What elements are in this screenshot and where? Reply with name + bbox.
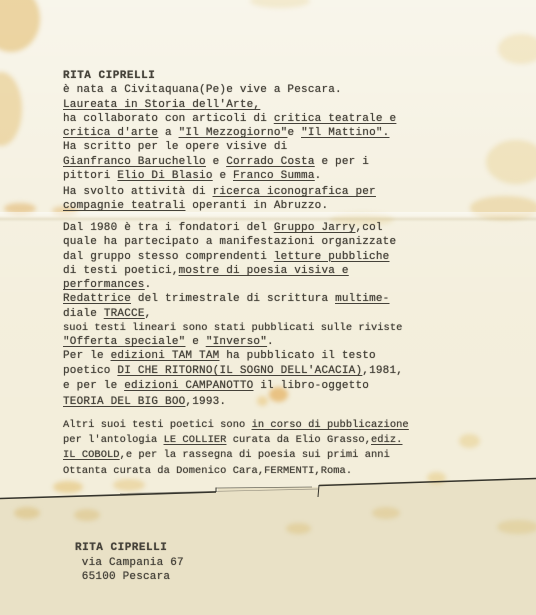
text-line: Redattrice del trimestrale di scrittura … [63,292,402,306]
text-segment: ,1981, [362,365,403,377]
text-segment: 65100 Pescara [75,571,170,583]
text-segment: performances [63,279,145,291]
text-segment: ha pubblicato il testo [219,350,375,362]
text-segment: poetico [63,365,117,377]
stain [4,203,36,214]
text-segment: "Il Mezzogiorno" [179,127,288,139]
text-line: 65100 Pescara [75,570,184,585]
text-segment: multime- [335,293,389,305]
text-segment: in corso di pubblicazione [252,419,409,431]
text-line: IL COBOLD,e per la rassegna di poesia su… [63,448,409,463]
text-segment: edizioni TAM TAM [111,350,220,362]
stain [250,0,310,8]
text-segment: per l'antologia [63,434,164,446]
text-line: pittori Elio Di Blasio e Franco Summa. [63,169,396,183]
text-segment: Franco Summa [233,170,315,182]
text-line: Ottanta curata da Domenico Cara,FERMENTI… [63,464,409,479]
text-segment: Ha svolto attività di [63,186,213,198]
stain [74,509,100,521]
text-line: Dal 1980 è tra i fondatori del Gruppo Ja… [63,221,402,235]
text-segment: quale ha partecipato a manifestazioni or… [63,236,396,248]
text-segment: Gianfranco Baruchello [63,156,206,168]
text-segment: . [315,170,322,182]
text-segment: e [213,170,233,182]
text-line: per l'antologia LE COLLIER curata da Eli… [63,433,409,448]
stain [14,507,40,519]
text-segment: dal gruppo stesso comprendenti [63,251,274,263]
text-segment: compagnie teatrali [63,200,185,212]
text-segment: critica teatrale e [274,113,396,125]
text-segment: e [287,127,301,139]
text-segment: suoi testi lineari sono stati pubblicati… [63,322,402,334]
stain [486,140,536,184]
text-line: RITA CIPRELLI [63,69,396,83]
text-segment: , [145,308,152,320]
text-segment: del trimestrale di scrittura [131,293,335,305]
text-segment: Per le [63,350,111,362]
text-line: Gianfranco Baruchello e Corrado Costa e … [63,155,396,169]
text-line: quale ha partecipato a manifestazioni or… [63,235,402,249]
bio-paragraph-gruppo-jarry: Dal 1980 è tra i fondatori del Gruppo Ja… [63,221,402,350]
text-segment: "Il Mattino". [301,127,389,139]
text-segment: Gruppo Jarry [274,222,356,234]
stain [113,479,145,491]
text-segment: IL COBOLD [63,449,120,461]
text-line: performances. [63,278,402,292]
stain [498,34,536,64]
text-segment: ,e per la rassegna di poesia sui primi a… [120,449,390,461]
text-line: diale TRACCE, [63,307,402,321]
text-segment: Elio Di Blasio [117,170,212,182]
bio-paragraph-in-corso: Altri suoi testi poetici sono in corso d… [63,418,409,479]
stain [459,434,480,448]
text-line: critica d'arte a "Il Mezzogiorno"e "Il M… [63,126,396,140]
text-segment: e [185,336,205,348]
text-line: ha collaborato con articoli di critica t… [63,112,396,126]
text-line: "Offerta speciale" e "Inverso". [63,335,402,349]
stain [470,196,536,220]
text-segment: operanti in Abruzzo. [185,200,328,212]
text-segment: edizioni CAMPANOTTO [124,380,253,392]
stain [427,472,446,484]
text-line: poetico DI CHE RITORNO(IL SOGNO DELL'ACA… [63,364,403,379]
text-line: Laureata in Storia dell'Arte, [63,98,396,112]
stain [497,520,536,534]
text-segment: e per i [315,156,369,168]
text-segment: RITA CIPRELLI [63,70,155,82]
text-segment: Altri suoi testi poetici sono [63,419,252,431]
stain [286,523,311,534]
text-segment: Redattrice [63,293,131,305]
text-segment: ,1993. [185,396,226,408]
text-line: dal gruppo stesso comprendenti letture p… [63,250,402,264]
text-segment: ha collaborato con articoli di [63,113,274,125]
text-segment: e [206,156,226,168]
text-line: suoi testi lineari sono stati pubblicati… [63,321,402,335]
text-segment: TEORIA DEL BIG BOO [63,396,185,408]
text-segment: RITA CIPRELLI [75,542,167,554]
text-line: compagnie teatrali operanti in Abruzzo. [63,199,376,213]
stain [372,507,400,519]
text-segment: Ottanta curata da Domenico Cara,FERMENTI… [63,465,352,477]
scanned-document: RITA CIPRELLIè nata a Civitaquana(Pe)e v… [0,0,536,615]
text-segment: . [267,336,274,348]
bio-paragraph-pubblicazioni: Per le edizioni TAM TAM ha pubblicato il… [63,349,403,410]
text-segment: a [158,127,178,139]
text-segment: "Offerta speciale" [63,336,185,348]
text-segment: critica d'arte [63,127,158,139]
address-block: RITA CIPRELLI via Campania 67 65100 Pesc… [75,541,184,585]
text-segment: via Campania 67 [75,557,184,569]
text-line: di testi poetici,mostre di poesia visiva… [63,264,402,278]
text-segment: Dal 1980 è tra i fondatori del [63,222,274,234]
bio-paragraph-intro: RITA CIPRELLIè nata a Civitaquana(Pe)e v… [63,69,396,183]
text-segment: "Inverso" [206,336,267,348]
bio-paragraph-ricerca: Ha svolto attività di ricerca iconografi… [63,185,376,214]
text-segment: Ha scritto per le opere visive di [63,141,287,153]
text-line: via Campania 67 [75,556,184,571]
text-segment: ,col [355,222,382,234]
text-segment: il libro-oggetto [253,380,369,392]
text-line: Ha svolto attività di ricerca iconografi… [63,185,376,199]
text-line: RITA CIPRELLI [75,541,184,556]
text-segment: mostre di poesia visiva e [179,265,349,277]
text-segment: TRACCE [104,308,145,320]
text-line: è nata a Civitaquana(Pe)e vive a Pescara… [63,83,396,97]
text-line: Altri suoi testi poetici sono in corso d… [63,418,409,433]
text-segment: DI CHE RITORNO(IL SOGNO DELL'ACACIA) [117,365,362,377]
text-segment: e per le [63,380,124,392]
text-segment: Corrado Costa [226,156,314,168]
text-segment: letture pubbliche [274,251,390,263]
stain [53,481,83,493]
text-segment: Laureata in Storia dell'Arte, [63,99,260,111]
text-line: TEORIA DEL BIG BOO,1993. [63,395,403,410]
text-segment: è nata a Civitaquana(Pe)e vive a Pescara… [63,84,342,96]
text-segment: diale [63,308,104,320]
text-segment: . [145,279,152,291]
text-line: Per le edizioni TAM TAM ha pubblicato il… [63,349,403,364]
text-segment: ediz. [371,434,402,446]
stain [0,0,40,52]
stain [0,72,22,146]
text-segment: LE COLLIER [164,434,227,446]
text-segment: pittori [63,170,117,182]
text-segment: curata da Elio Grasso, [226,434,371,446]
text-segment: di testi poetici, [63,265,179,277]
text-segment: ricerca iconografica per [213,186,376,198]
text-line: Ha scritto per le opere visive di [63,140,396,154]
text-line: e per le edizioni CAMPANOTTO il libro-og… [63,379,403,394]
